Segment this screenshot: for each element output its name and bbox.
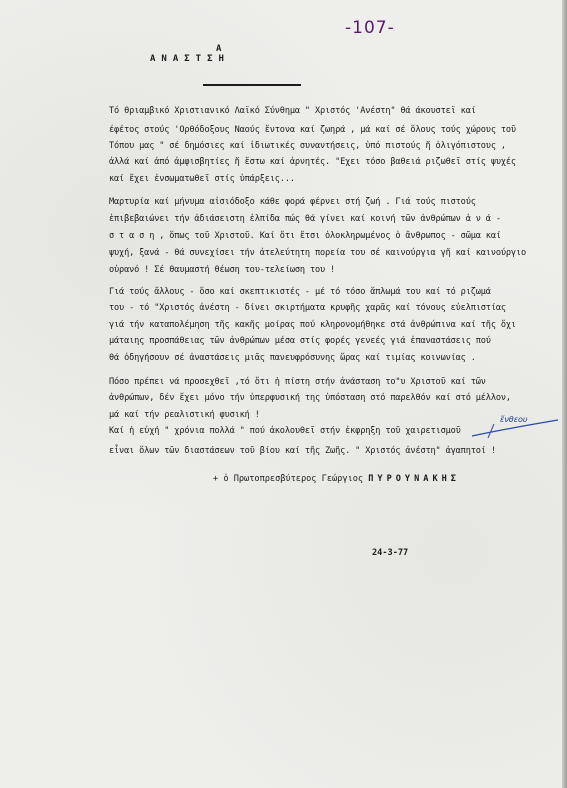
text-line: Καί ἡ εὐχή " χρόνια πολλά " πού ἀκολουθε…	[109, 426, 461, 436]
title-accent-letter: Α	[216, 44, 221, 54]
text-line: ἀνθρώπων, δέν ἔχει μόνο τήν ὑπερφυσική τ…	[109, 393, 511, 403]
page-edge-shadow	[562, 0, 567, 788]
text-line: σ τ α σ η , ὅπως τοῦ Χριστοῦ. Καί ὅτι ἔτ…	[109, 231, 501, 241]
signature-line: + ὁ Πρωτοπρεσβύτερος Γεώργιος ΠΥΡΟΥΝΑΚΗΣ	[213, 474, 460, 484]
text-line: μάταιης προσπάθειας τῶν ἀνθρώπων μέσα στ…	[109, 336, 491, 346]
text-line: θά ὁδηγήσουν σέ ἀναστάσεις μιᾶς πανευφρό…	[109, 353, 476, 363]
text-line: Μαρτυρία καί μήνυμα αἰσιόδοξο κάθε φορά …	[109, 197, 476, 207]
text-line: ψυχή, ξανά - θά συνεχίσει τήν ἀτελεύτητη…	[109, 248, 526, 258]
text-line: γιά τήν καταπολέμηση τῆς κακῆς μοίρας πο…	[109, 320, 516, 330]
title-underline	[203, 84, 301, 86]
text-line: του - τό "Χριστός ἀνέστη - δίνει σκιρτήμ…	[109, 303, 506, 313]
text-line: Πόσο πρέπει νά προσεχθεῖ ,τό ὅτι ἡ πίστη…	[109, 377, 486, 387]
text-line: εἶναι ὅλων τῶν διαστάσεων τοῦ βίου καί τ…	[109, 446, 496, 456]
text-line: ἀλλά καί ἀπό ἀμφισβητίες ἤ ἔστω καί ἀρνη…	[109, 157, 516, 167]
text-line: Τό θριαμβικό Χριστιανικό Λαϊκό Σύνθημα "…	[109, 106, 476, 116]
signature-surname: ΠΥΡΟΥΝΑΚΗΣ	[368, 474, 460, 484]
text-line: οὐρανό ! Σέ θαυμαστή θέωση του-τελείωση …	[109, 265, 335, 275]
signature-prefix: + ὁ Πρωτοπρεσβύτερος Γεώργιος	[213, 474, 363, 484]
text-line: Τόπου μας " σέ δημόσιες καί ἰδιωτικές συ…	[109, 141, 506, 151]
text-line: Γιά τούς ἄλλους - ὅσο καί σκεπτικιστές -…	[109, 287, 491, 297]
text-line: μά καί τήν ρεαλιστική φυσική !	[109, 410, 260, 420]
document-title: ΑΝΑΣΤΣΗ	[150, 54, 230, 64]
text-line: έφέτος στούς 'Ορθόδοξους Ναούς ἔντονα κα…	[109, 125, 516, 135]
document-date: 24-3-77	[372, 548, 408, 558]
handwritten-page-number: -107-	[345, 18, 395, 38]
handwritten-correction: ἔνθεου	[500, 415, 528, 424]
text-line: ἐπιβεβαιώνει τήν ἀδιάσειστη ἐλπίδα πώς θ…	[109, 214, 501, 224]
document-page: -107- Α ΑΝΑΣΤΣΗ Τό θριαμβικό Χριστιανικό…	[0, 0, 567, 788]
text-line: καί ἔχει ἐνσωματωθεῖ στίς ὑπάρξεις...	[109, 174, 295, 184]
